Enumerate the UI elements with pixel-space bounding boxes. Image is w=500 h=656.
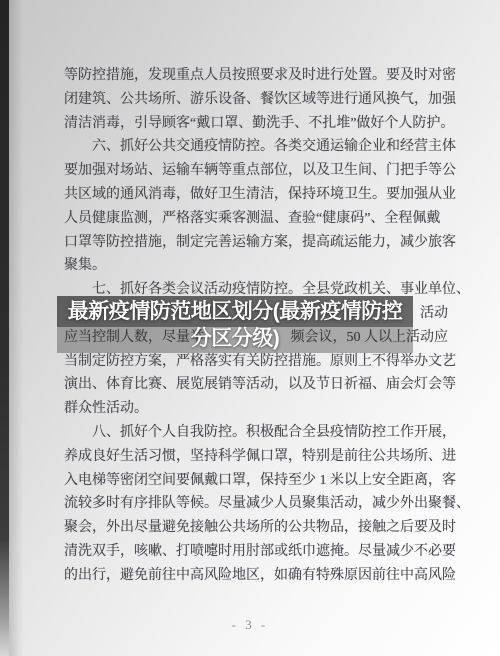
doc-line-section-6: 六、抓好公共交通疫情防控。各类交通运输企业和经营主体: [64, 135, 448, 159]
doc-line: 群众性活动。: [64, 397, 448, 421]
doc-line: 清洁消毒，引导顾客“戴口罩、勤洗手、不扎堆”做好个人防护。: [64, 112, 448, 136]
page-number: - 3 -: [0, 617, 500, 633]
doc-line: 口罩等防控措施，制定完善运输方案，提高疏运能力，减少旅客: [64, 231, 448, 255]
doc-line: 闭建筑、公共场所、游乐设备、餐饮区域等进行通风换气，加强: [64, 88, 448, 112]
doc-line: 等防控措施，发现重点人员按照要求及时进行处置。要及时对密: [64, 64, 448, 88]
title-overlay-banner: 最新疫情防范地区划分(最新疫情防控 分区分级): [57, 296, 413, 353]
doc-line: 人员健康监测，严格落实乘客测温、查验“健康码”、全程佩戴: [64, 207, 448, 231]
scan-left-edge-shadow: [0, 0, 9, 656]
doc-line-section-8: 八、抓好个人自我防控。积极配合全县疫情防控工作开展，: [64, 421, 448, 445]
scan-left-edge-fade: [9, 0, 23, 656]
doc-line: 流较多时有序排队等候。尽量减少人员聚集活动，减少外出聚餐、: [64, 492, 448, 516]
doc-line: 聚集。: [64, 254, 448, 278]
doc-line: 聚会，外出尽量避免接触公共场所的公共物品，接触之后要及时: [64, 516, 448, 540]
doc-line: 当制定防控方案，严格落实有关防控措施。原则上不得举办文艺: [64, 350, 448, 374]
doc-line: 演出、体育比赛、展览展销等活动，以及节日祈福、庙会灯会等: [64, 373, 448, 397]
overlay-title-line1: 最新疫情防范地区划分(最新疫情防控: [68, 298, 403, 325]
doc-line: 清洗双手，咳嗽、打喷嚏时用肘部或纸巾遮掩。尽量减少不必要: [64, 540, 448, 564]
scanned-document-page: 等防控措施，发现重点人员按照要求及时进行处置。要及时对密 闭建筑、公共场所、游乐…: [0, 0, 500, 656]
overlay-title-line2: 分区分级): [191, 325, 280, 352]
doc-line: 要加强对场站、运输车辆等重点部位，以及卫生间、门把手等公: [64, 159, 448, 183]
doc-line: 的出行，避免前往中高风险地区，如确有特殊原因前往中高风险: [64, 564, 448, 588]
doc-line: 共区域的通风消毒，做好卫生清洁，保持环境卫生。要加强从业: [64, 183, 448, 207]
doc-line: 入电梯等密闭空间要佩戴口罩，保持至少 1 米以上安全距离，客: [64, 469, 448, 493]
doc-line: 养成良好生活习惯，坚持科学佩口罩，特别是前往公共场所、进: [64, 445, 448, 469]
doc-line-visible-fragment: 活动: [420, 302, 448, 326]
